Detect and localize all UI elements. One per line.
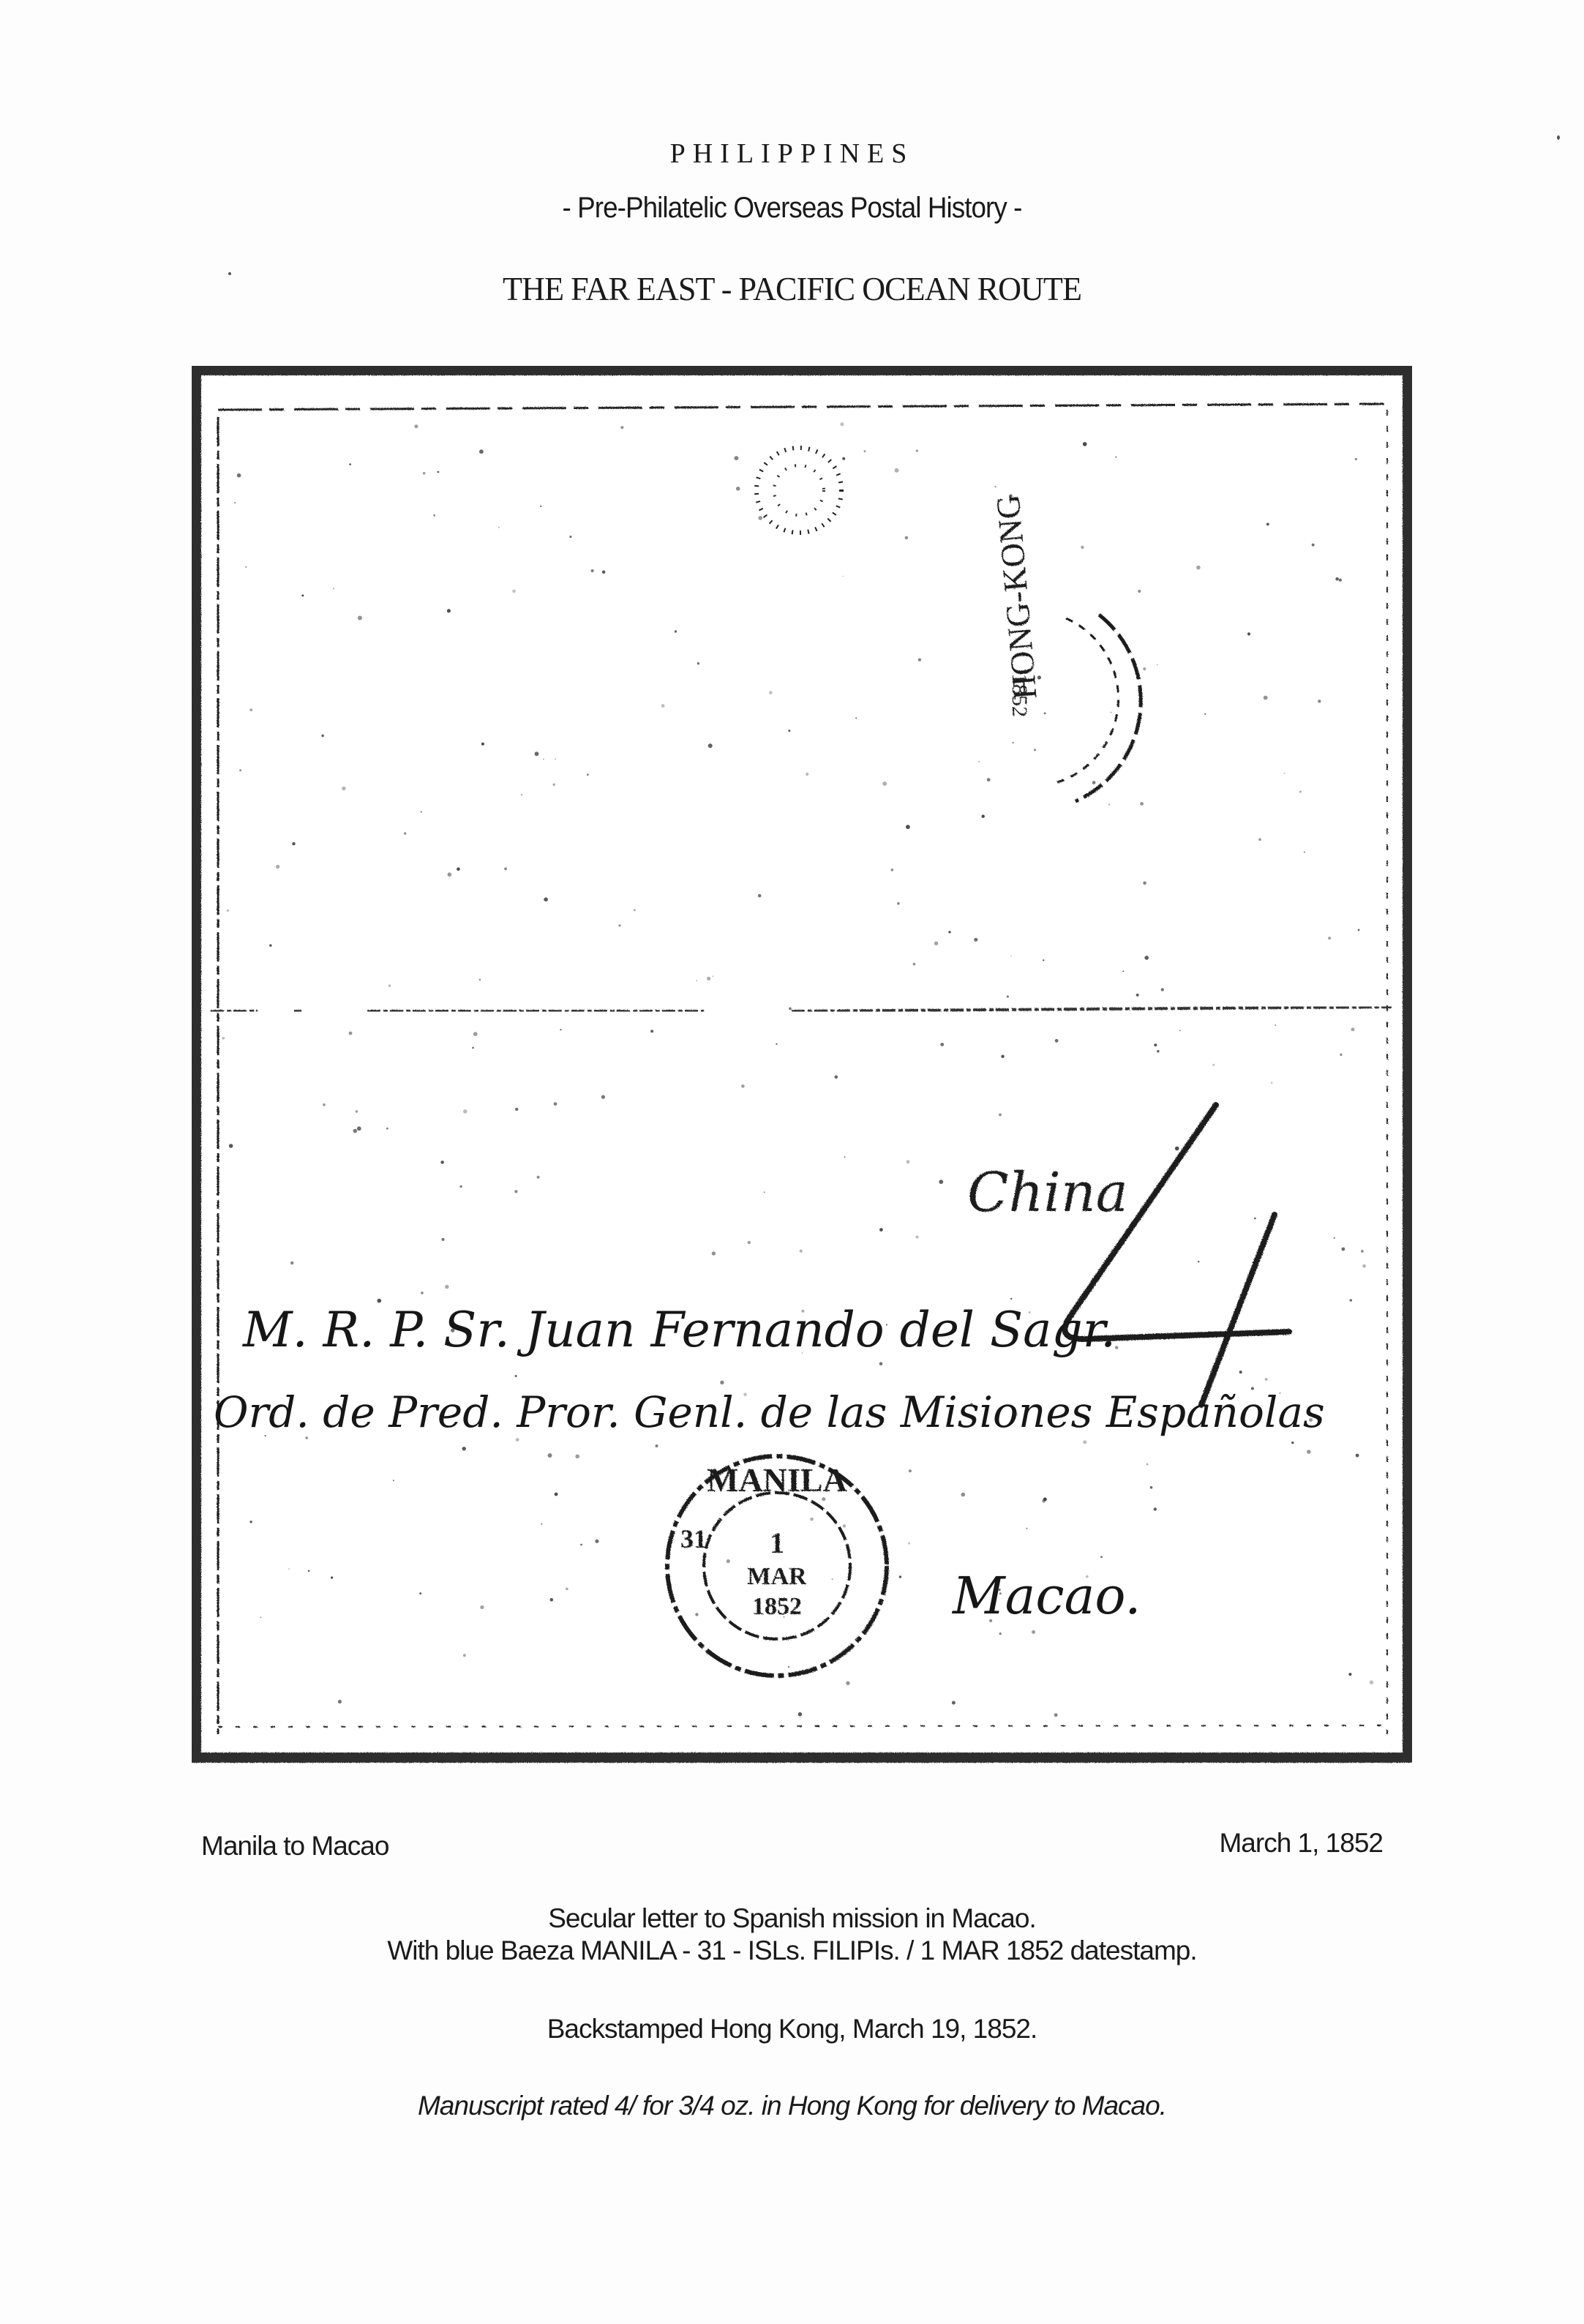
caption-rate-note: Manuscript rated 4/ for 3/4 oz. in Hong … [0,2091,1584,2121]
cover-image: HONG-KONG 1852 China M. R. P. Sr. Juan F… [192,366,1412,1763]
svg-text:M. R. P. Sr. Juan Fernando del: M. R. P. Sr. Juan Fernando del Sagr. [242,1302,1116,1358]
svg-text:MAR: MAR [747,1563,807,1590]
page-route-title: THE FAR EAST - PACIFIC OCEAN ROUTE [31,269,1552,308]
svg-text:Ord. de Pred. Pror. Genl. de l: Ord. de Pred. Pror. Genl. de las Misione… [214,1387,1325,1437]
page-speck [1557,135,1560,140]
svg-text:1: 1 [770,1526,784,1559]
caption-route: Manila to Macao [201,1831,389,1862]
caption-description: Secular letter to Spanish mission in Mac… [0,1903,1584,1934]
page-country-heading: PHILIPPINES [0,138,1584,170]
svg-text:MANILA: MANILA [707,1461,847,1499]
svg-text:31: 31 [680,1524,707,1553]
svg-text:1852: 1852 [1007,673,1032,717]
svg-text:1852: 1852 [752,1593,802,1620]
page-speck [228,272,231,275]
svg-text:Macao.: Macao. [951,1566,1141,1626]
cover-photocopy: HONG-KONG 1852 China M. R. P. Sr. Juan F… [192,366,1412,1763]
caption-backstamp-note: Backstamped Hong Kong, March 19, 1852. [0,2014,1584,2044]
svg-text:China: China [967,1161,1128,1224]
page-subtitle: - Pre-Philatelic Overseas Postal History… [64,192,1521,225]
caption-datestamp-note: With blue Baeza MANILA - 31 - ISLs. FILI… [0,1935,1584,1966]
caption-date: March 1, 1852 [1219,1828,1383,1859]
